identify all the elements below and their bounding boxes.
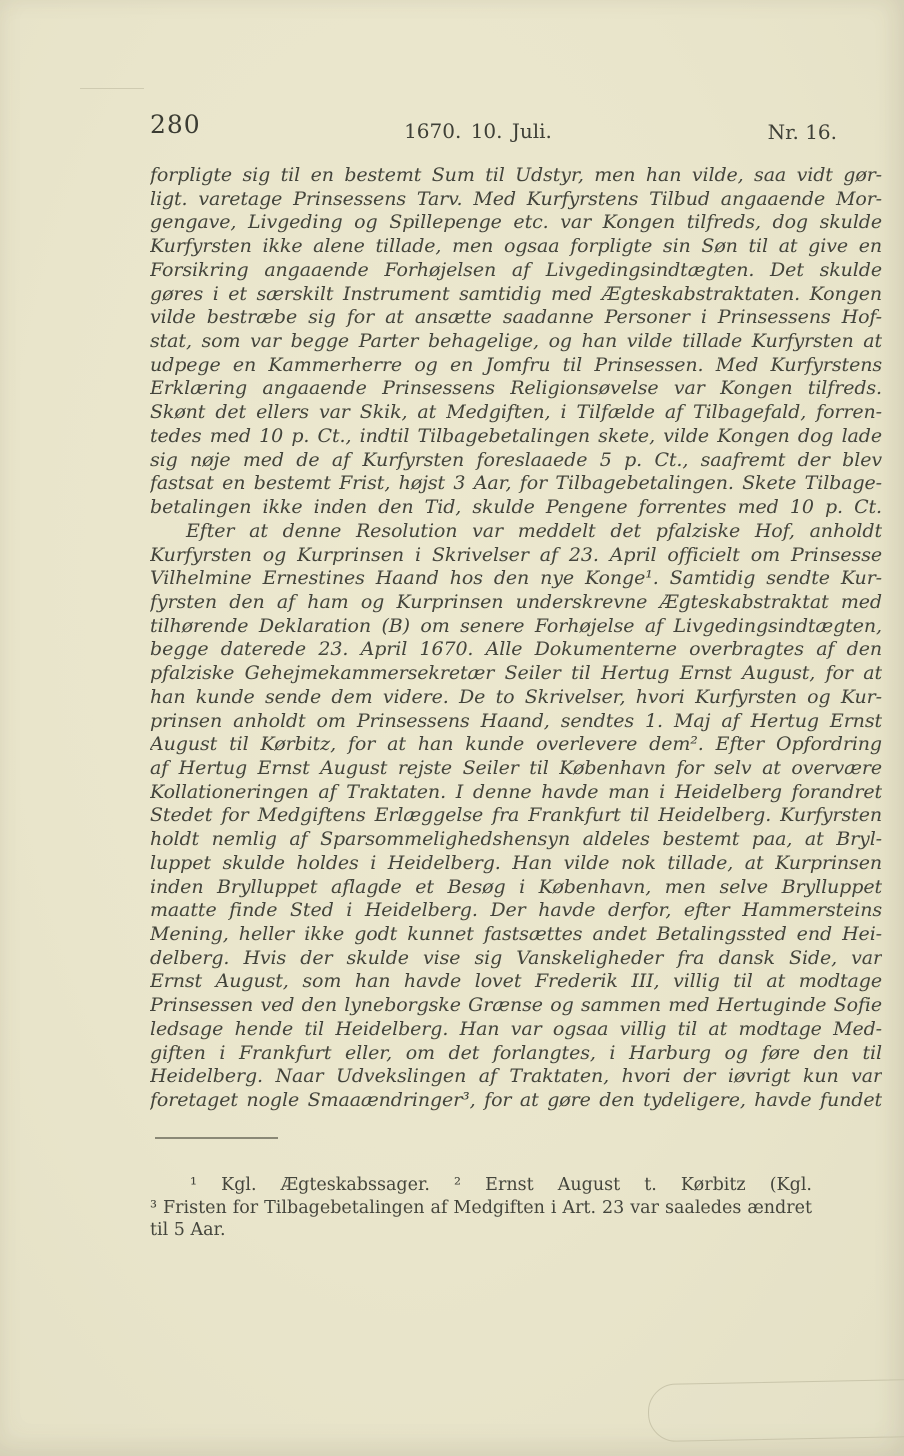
text-line: stat, som var begge Parter behagelige, o… [150, 330, 882, 354]
text-line: gengave, Livgeding og Spillepenge etc. v… [150, 211, 882, 235]
text-line: udpege en Kammerherre og en Jomfru til P… [150, 354, 882, 378]
text-line: Efter at denne Resolution var meddelt de… [150, 520, 882, 544]
text-line: han kunde sende dem videre. De to Skrive… [150, 686, 882, 710]
body-text: forpligte sig til en bestemt Sum til Uds… [150, 164, 882, 1113]
text-line: August til Kørbitz, for at han kunde ove… [150, 733, 882, 757]
text-line: Ernst August, som han havde lovet Freder… [150, 970, 882, 994]
text-line: foretaget nogle Smaaændringer³, for at g… [150, 1089, 882, 1113]
text-line: giften i Frankfurt eller, om det forlang… [150, 1042, 882, 1066]
text-line: Mening, heller ikke godt kunnet fastsætt… [150, 923, 882, 947]
text-line: begge daterede 23. April 1670. Alle Doku… [150, 638, 882, 662]
document-number: Nr. 16. [737, 120, 837, 144]
text-line: fyrsten den af ham og Kurprinsen undersk… [150, 591, 882, 615]
text-line: delberg. Hvis der skulde vise sig Vanske… [150, 947, 882, 971]
text-line: Stedet for Medgiftens Erlæggelse fra Fra… [150, 804, 882, 828]
text-line: inden Brylluppet aflagde et Besøg i Købe… [150, 876, 882, 900]
text-line: Heidelberg. Naar Udvekslingen af Traktat… [150, 1065, 882, 1089]
text-line: prinsen anholdt om Prinsessens Haand, se… [150, 710, 882, 734]
text-line: holdt nemlig af Sparsommelighedshensyn a… [150, 828, 882, 852]
text-line: Kollationeringen af Traktaten. I denne h… [150, 781, 882, 805]
text-line: betalingen ikke inden den Tid, skulde Pe… [150, 496, 882, 520]
footnote-line: ³ Fristen for Tilbagebetalingen af Medgi… [150, 1197, 812, 1220]
book-page-scan: 280 1670. 10. Juli. Nr. 16. forpligte si… [0, 0, 904, 1456]
text-line: ledsage hende til Heidelberg. Han var og… [150, 1018, 882, 1042]
page-number: 280 [150, 110, 201, 139]
embossed-stamp-outline [647, 1378, 904, 1442]
text-line: pfalziske Gehejmekammersekretær Seiler t… [150, 662, 882, 686]
footnote-line: til 5 Aar. [150, 1219, 812, 1242]
text-line: forpligte sig til en bestemt Sum til Uds… [150, 164, 882, 188]
scan-scratch-mark [80, 88, 144, 89]
text-line: tilhørende Deklaration (B) om senere For… [150, 615, 882, 639]
paragraph-continuation: forpligte sig til en bestemt Sum til Uds… [150, 164, 882, 520]
text-line: sig nøje med de af Kurfyrsten foreslaaed… [150, 449, 882, 473]
running-head-date: 1670. 10. Juli. [368, 119, 588, 143]
text-line: fastsat en bestemt Frist, højst 3 Aar, f… [150, 472, 882, 496]
text-line: Erklæring angaaende Prinsessens Religion… [150, 377, 882, 401]
footnote-divider-rule [155, 1137, 278, 1139]
paragraph-second: Efter at denne Resolution var meddelt de… [150, 520, 882, 1113]
text-line: Kurfyrsten og Kurprinsen i Skrivelser af… [150, 544, 882, 568]
text-line: Kurfyrsten ikke alene tillade, men ogsaa… [150, 235, 882, 259]
text-line: tedes med 10 p. Ct., indtil Tilbagebetal… [150, 425, 882, 449]
text-line: maatte finde Sted i Heidelberg. Der havd… [150, 899, 882, 923]
text-line: Prinsessen ved den lyneborgske Grænse og… [150, 994, 882, 1018]
text-line: ligt. varetage Prinsessens Tarv. Med Kur… [150, 188, 882, 212]
footnote-line: ¹ Kgl. Ægteskabssager. ² Ernst August t.… [150, 1174, 812, 1197]
text-line: Vilhelmine Ernestines Haand hos den nye … [150, 567, 882, 591]
footnotes: ¹ Kgl. Ægteskabssager. ² Ernst August t.… [150, 1174, 812, 1242]
text-line: luppet skulde holdes i Heidelberg. Han v… [150, 852, 882, 876]
text-line: Forsikring angaaende Forhøjelsen af Livg… [150, 259, 882, 283]
text-line: gøres i et særskilt Instrument samtidig … [150, 283, 882, 307]
text-line: af Hertug Ernst August rejste Seiler til… [150, 757, 882, 781]
text-line: Skønt det ellers var Skik, at Medgiften,… [150, 401, 882, 425]
text-line: vilde bestræbe sig for at ansætte saadan… [150, 306, 882, 330]
